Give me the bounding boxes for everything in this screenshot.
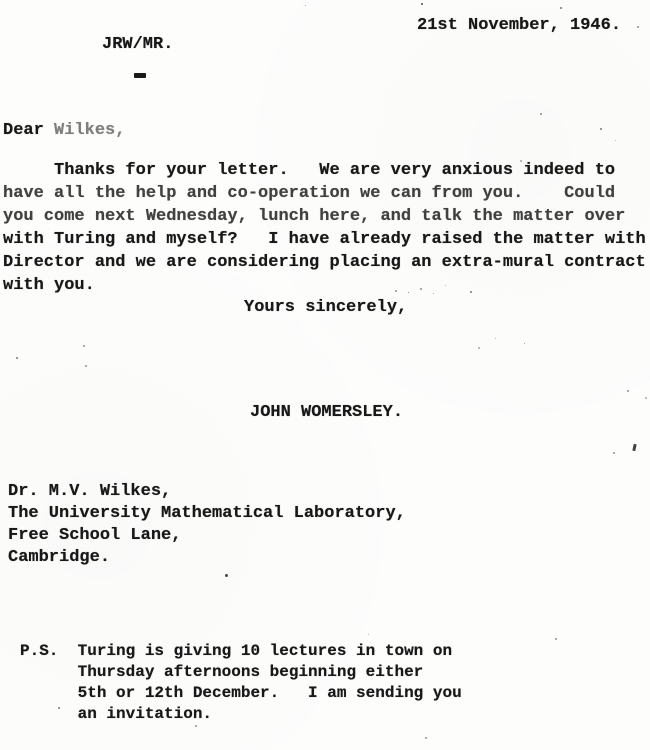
salutation-prefix: Dear (3, 121, 54, 140)
letter-body: Thanks for your letter. We are very anxi… (3, 159, 646, 297)
scan-speckle (445, 285, 446, 286)
postscript-line: Thursday afternoons beginning either (20, 662, 462, 683)
scan-speckle (615, 140, 616, 141)
address-line: Dr. M.V. Wilkes, (8, 481, 406, 503)
letter-date: 21st November, 1946. (417, 14, 621, 37)
scan-speckle (395, 290, 397, 292)
salutation: Dear Wilkes, (3, 119, 125, 142)
letter-page: 21st November, 1946. JRW/MR. Dear Wilkes… (0, 0, 650, 750)
recipient-address: Dr. M.V. Wilkes, The University Mathemat… (8, 481, 406, 569)
scan-speckle (85, 365, 87, 367)
closing-valediction: Yours sincerely, (244, 296, 407, 319)
scan-speckle (645, 397, 647, 399)
scan-speckle (555, 638, 557, 640)
scan-speckle (560, 7, 562, 9)
scan-mark (632, 444, 636, 451)
scan-speckle (420, 288, 422, 290)
salutation-name: Wilkes, (54, 121, 125, 140)
body-line: Thanks for your letter. We are very anxi… (3, 159, 646, 182)
scan-speckle (613, 452, 615, 454)
body-line: Director and we are considering placing … (3, 251, 646, 274)
postscript-line: an invitation. (20, 704, 462, 725)
postscript-line: 5th or 12th December. I am sending you (20, 683, 462, 704)
scan-speckle (627, 390, 629, 392)
scan-speckle (637, 26, 639, 28)
scan-speckle (16, 357, 18, 359)
scan-speckle (195, 725, 197, 727)
scan-speckle (433, 293, 434, 294)
postscript: P.S. Turing is giving 10 lectures in tow… (20, 641, 462, 725)
scan-speckle (478, 347, 480, 349)
address-line: Free School Lane, (8, 525, 406, 547)
scan-speckle (600, 128, 602, 130)
scan-speckle (421, 3, 423, 5)
scan-speckle (408, 292, 409, 293)
scan-speckle (225, 574, 228, 577)
scan-speckle (368, 634, 369, 635)
scan-speckle (305, 5, 306, 6)
scan-speckle (470, 291, 472, 293)
scan-speckle (425, 737, 427, 739)
scan-speckle (495, 338, 496, 339)
scan-speckle (83, 345, 85, 347)
scan-speckle (520, 160, 522, 162)
reference-initials: JRW/MR. (102, 33, 173, 56)
reference-dash (134, 73, 146, 78)
scan-speckle (540, 113, 542, 115)
address-line: Cambridge. (8, 547, 406, 569)
signature-name: JOHN WOMERSLEY. (250, 401, 403, 424)
scan-speckle (58, 707, 60, 709)
address-line: The University Mathematical Laboratory, (8, 503, 406, 525)
body-line: you come next Wednesday, lunch here, and… (3, 205, 646, 228)
body-line: have all the help and co-operation we ca… (3, 182, 646, 205)
body-line: with you. (3, 274, 646, 297)
body-line: with Turing and myself? I have already r… (3, 228, 646, 251)
scan-speckle (524, 343, 525, 344)
postscript-line: P.S. Turing is giving 10 lectures in tow… (20, 641, 462, 662)
